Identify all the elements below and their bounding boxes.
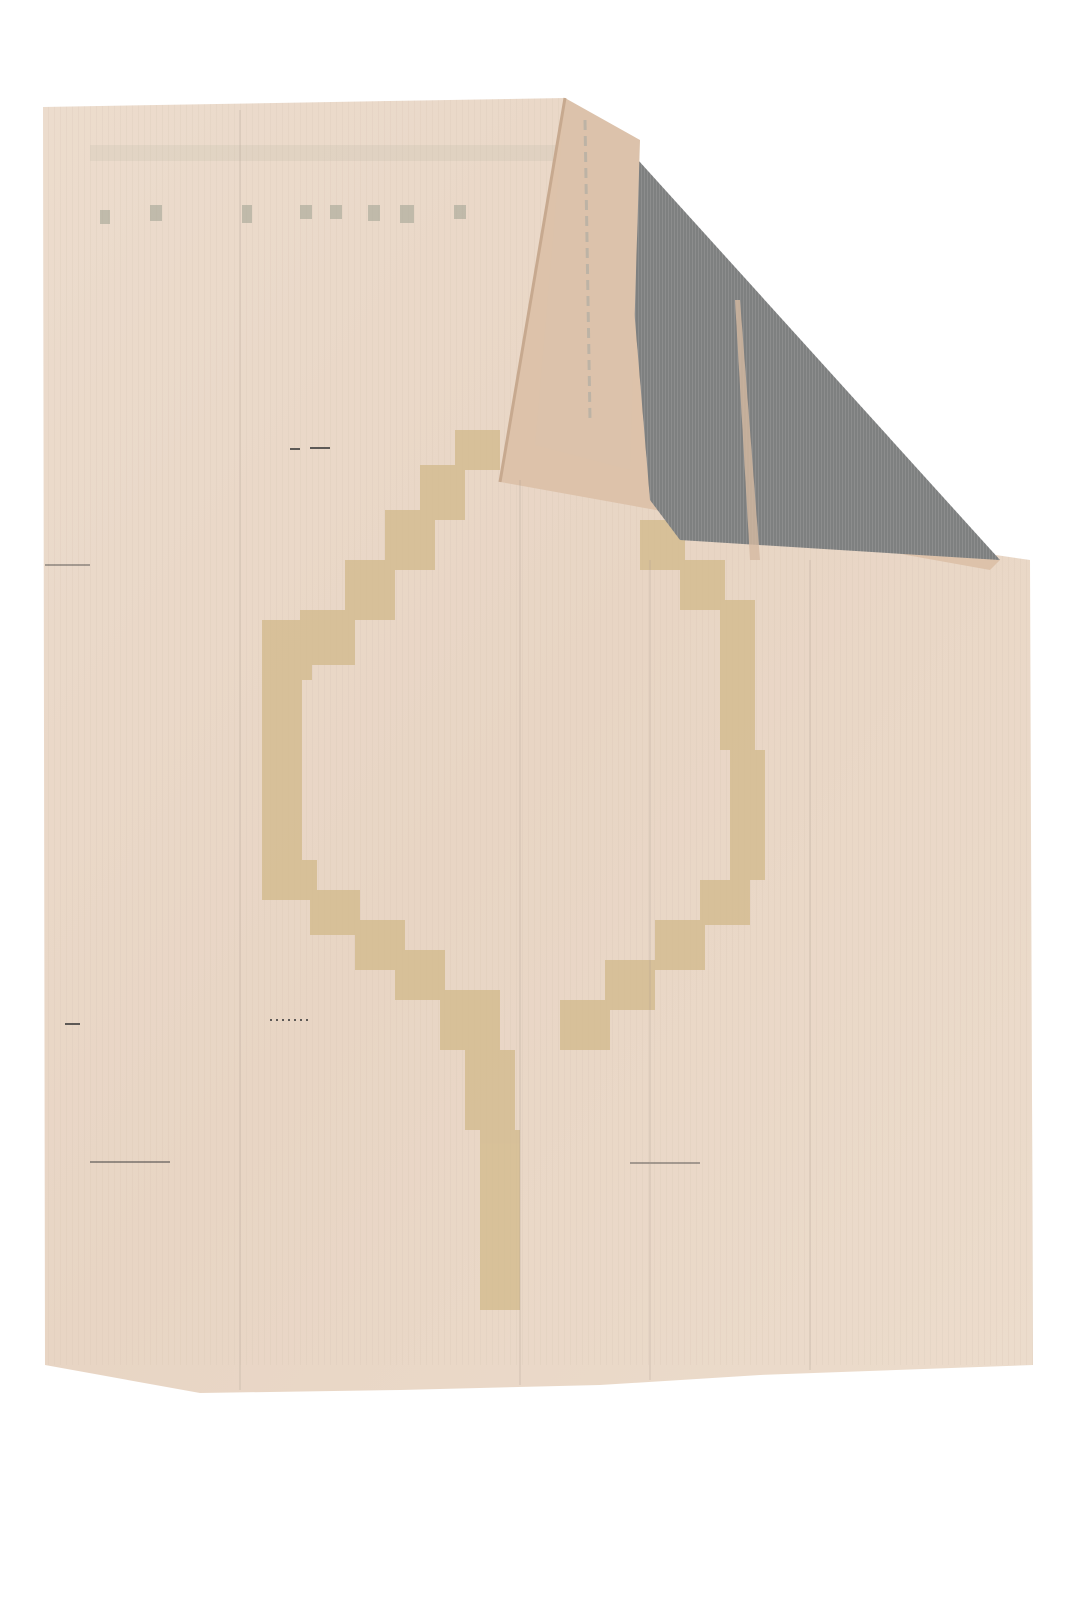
- rug-illustration: [0, 0, 1080, 1609]
- rug-photo: [0, 0, 1080, 1609]
